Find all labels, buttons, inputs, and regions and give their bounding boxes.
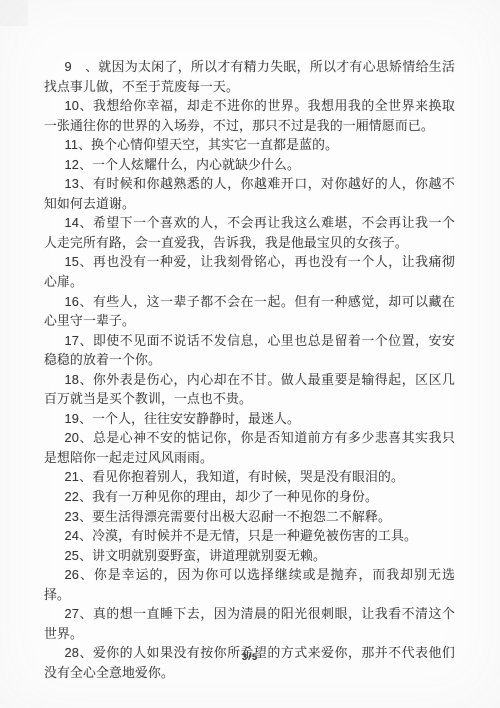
- list-item: 11、换个心情仰望天空，其实它一直都是蓝的。: [44, 135, 455, 155]
- list-item: 26、你是幸运的，因为你可以选择继续或是抛弃，而我却别无选择。: [44, 565, 455, 604]
- list-item: 10、我想给你幸福，却走不进你的世界。我想用我的全世界来换取一张通往你的世界的入…: [44, 96, 455, 135]
- list-item: 25、讲文明就别耍野蛮，讲道理就别耍无赖。: [44, 546, 455, 566]
- list-item: 20、总是心神不安的惦记你，你是否知道前方有多少悲喜其实我只是想陪你一起走过风风…: [44, 428, 455, 467]
- list-item: 27、真的想一直睡下去，因为清晨的阳光很刺眼，让我看不清这个世界。: [44, 604, 455, 643]
- list-item: 16、有些人，这一辈子都不会在一起。但有一种感觉，却可以藏在心里守一辈子。: [44, 292, 455, 331]
- list-item: 24、冷漠，有时候并不是无情，只是一种避免被伤害的工具。: [44, 526, 455, 546]
- document-page: 9 、就因为太闲了，所以才有精力失眠，所以才有心思矫情给生活找点事儿做，不至于荒…: [0, 0, 500, 708]
- list-item: 15、再也没有一种爱，让我刻骨铭心，再也没有一个人，让我痛彻心扉。: [44, 252, 455, 291]
- page-number: 3/5: [0, 652, 500, 663]
- list-item: 18、你外表是伤心，内心却在不甘。做人最重要是输得起，区区几百万就当是买个教训，…: [44, 370, 455, 409]
- list-item: 17、即使不见面不说话不发信息，心里也总是留着一个位置，安安稳稳的放着一个你。: [44, 331, 455, 370]
- list-item: 9 、就因为太闲了，所以才有精力失眠，所以才有心思矫情给生活找点事儿做，不至于荒…: [44, 57, 455, 96]
- document-body: 9 、就因为太闲了，所以才有精力失眠，所以才有心思矫情给生活找点事儿做，不至于荒…: [44, 57, 455, 683]
- list-item: 14、希望下一个喜欢的人，不会再让我这么难堪，不会再让我一个人走完所有路，会一直…: [44, 213, 455, 252]
- list-item: 19、一个人，往往安安静静时，最迷人。: [44, 409, 455, 429]
- list-item: 12、一个人炫耀什么，内心就缺少什么。: [44, 155, 455, 175]
- list-item: 23、要生活得漂亮需要付出极大忍耐一不抱怨二不解释。: [44, 507, 455, 527]
- list-item: 13、有时候和你越熟悉的人，你越难开口，对你越好的人，你越不知如何去道谢。: [44, 174, 455, 213]
- list-item: 21、看见你抱着别人，我知道，有时候，哭是没有眼泪的。: [44, 467, 455, 487]
- list-item: 22、我有一万种见你的理由，却少了一种见你的身份。: [44, 487, 455, 507]
